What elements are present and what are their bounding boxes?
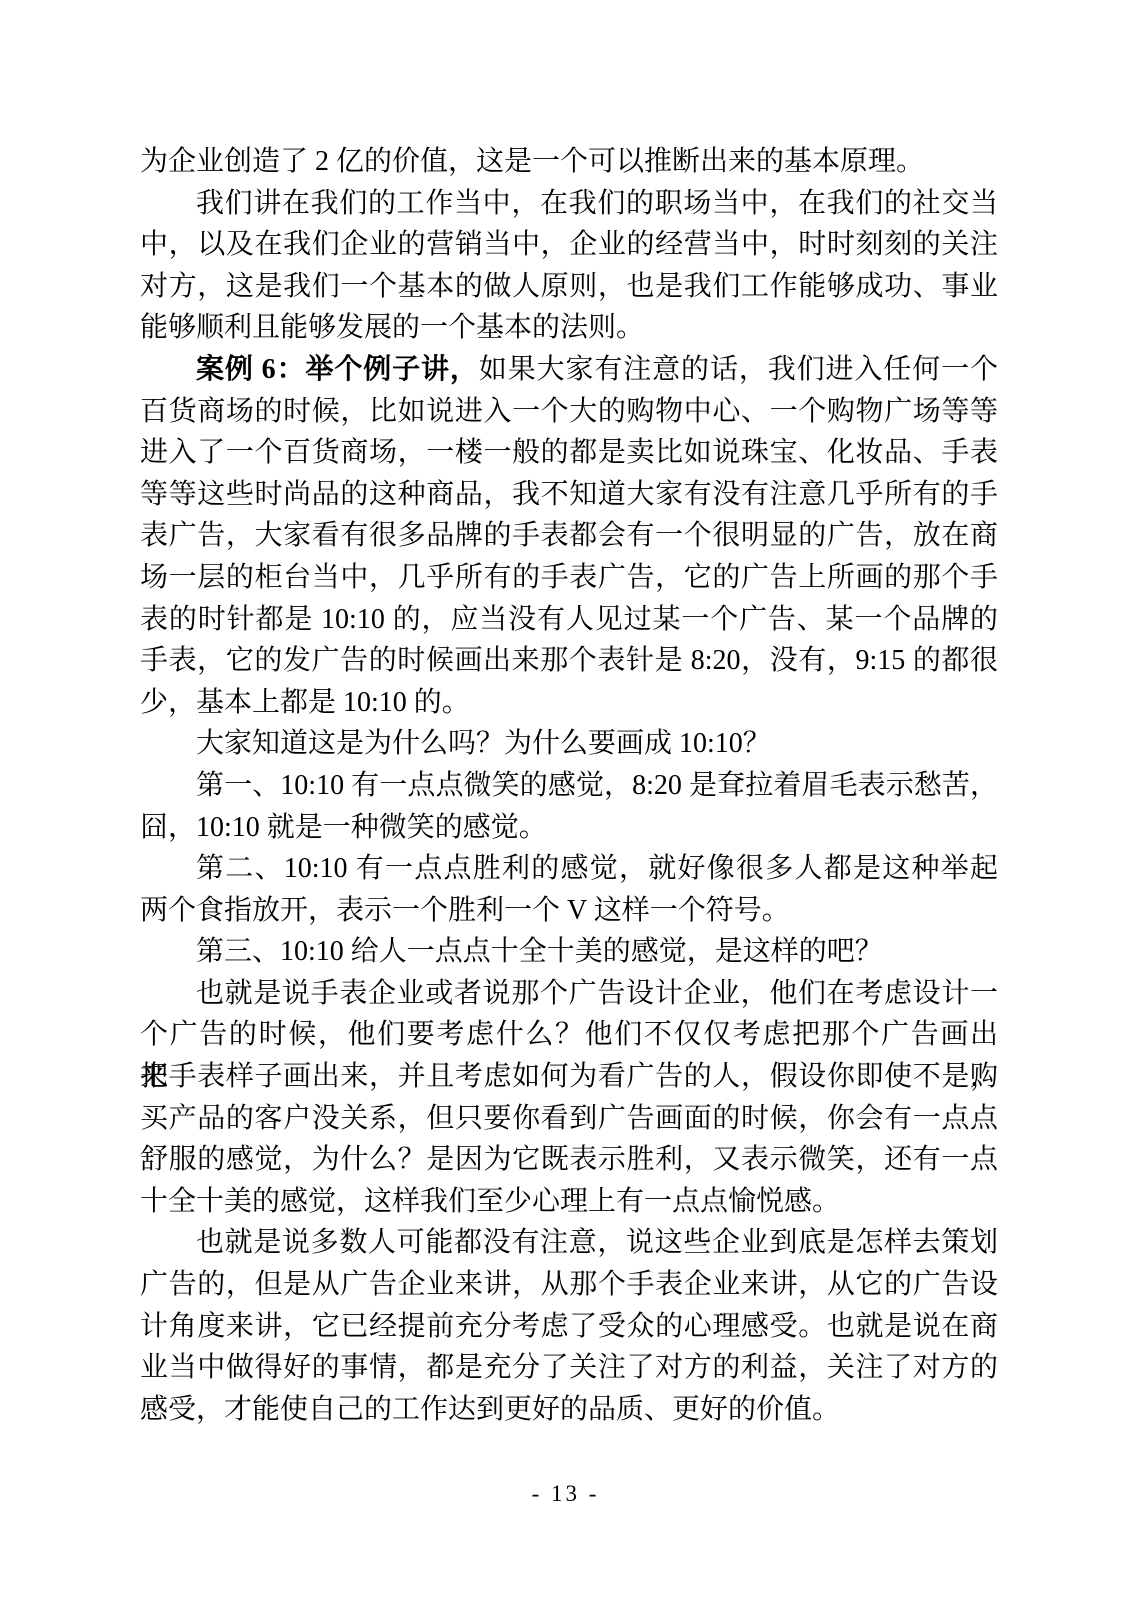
text-line: 表广告，大家看有很多品牌的手表都会有一个很明显的广告，放在商: [140, 515, 998, 557]
body-text: 我们讲在我们的工作当中，在我们的职场当中，在我们的社交当: [196, 188, 998, 219]
text-line: 为企业创造了 2 亿的价值，这是一个可以推断出来的基本原理。: [140, 141, 998, 183]
text-line: 能够顺利且能够发展的一个基本的法则。: [140, 307, 998, 349]
body-text: 舒服的感觉，为什么？是因为它既表示胜利，又表示微笑，还有一点: [140, 1144, 998, 1175]
body-text: 也就是说多数人可能都没有注意，说这些企业到底是怎样去策划: [196, 1227, 998, 1258]
body-text: 业当中做得好的事情，都是充分了关注了对方的利益，关注了对方的: [140, 1352, 998, 1383]
body-text: 表的时针都是 10:10 的，应当没有人见过某一个广告、某一个品牌的: [140, 604, 998, 635]
body-text: 大家知道这是为什么吗？为什么要画成 10:10？: [196, 728, 771, 759]
text-line: 也就是说手表企业或者说那个广告设计企业，他们在考虑设计一: [140, 973, 998, 1015]
body-text: 十全十美的感觉，这样我们至少心理上有一点点愉悦感。: [140, 1186, 840, 1217]
text-line: 第二、10:10 有一点点胜利的感觉，就好像很多人都是这种举起: [140, 848, 998, 890]
text-line: 十全十美的感觉，这样我们至少心理上有一点点愉悦感。: [140, 1181, 998, 1223]
body-text: 感受，才能使自己的工作达到更好的品质、更好的价值。: [140, 1394, 840, 1425]
text-line: 把手表样子画出来，并且考虑如何为看广告的人，假设你即使不是购: [140, 1056, 998, 1098]
body-text: 把手表样子画出来，并且考虑如何为看广告的人，假设你即使不是购: [140, 1061, 998, 1092]
page-number: - 13 -: [0, 1481, 1131, 1507]
text-line: 第一、10:10 有一点点微笑的感觉，8:20 是耷拉着眉毛表示愁苦，: [140, 765, 998, 807]
text-line: 场一层的柜台当中，几乎所有的手表广告，它的广告上所画的那个手: [140, 557, 998, 599]
body-text: 表广告，大家看有很多品牌的手表都会有一个很明显的广告，放在商: [140, 520, 998, 551]
body-text: 进入了一个百货商场，一楼一般的都是卖比如说珠宝、化妆品、手表: [140, 437, 998, 468]
text-line: 我们讲在我们的工作当中，在我们的职场当中，在我们的社交当: [140, 183, 998, 225]
text-line: 大家知道这是为什么吗？为什么要画成 10:10？: [140, 723, 998, 765]
body-text: 计角度来讲，它已经提前充分考虑了受众的心理感受。也就是说在商: [140, 1311, 998, 1342]
body-text: 对方，这是我们一个基本的做人原则，也是我们工作能够成功、事业: [140, 271, 998, 302]
body-text: 少，基本上都是 10:10 的。: [140, 687, 470, 718]
text-line: 百货商场的时候，比如说进入一个大的购物中心、一个购物广场等等: [140, 391, 998, 433]
body-text: 等等这些时尚品的这种商品，我不知道大家有没有注意几乎所有的手: [140, 479, 998, 510]
text-line: 少，基本上都是 10:10 的。: [140, 682, 998, 724]
body-text: 广告的，但是从广告企业来讲，从那个手表企业来讲，从它的广告设: [140, 1269, 998, 1300]
text-line: 业当中做得好的事情，都是充分了关注了对方的利益，关注了对方的: [140, 1347, 998, 1389]
text-line: 感受，才能使自己的工作达到更好的品质、更好的价值。: [140, 1389, 998, 1431]
text-line: 中，以及在我们企业的营销当中，企业的经营当中，时时刻刻的关注: [140, 224, 998, 266]
body-text: 买产品的客户没关系，但只要你看到广告画面的时候，你会有一点点: [140, 1103, 998, 1134]
text-line: 案例 6：举个例子讲，如果大家有注意的话，我们进入任何一个: [140, 349, 998, 391]
body-text: 两个食指放开，表示一个胜利一个 V 这样一个符号。: [140, 895, 790, 926]
text-line: 进入了一个百货商场，一楼一般的都是卖比如说珠宝、化妆品、手表: [140, 432, 998, 474]
text-line: 两个食指放开，表示一个胜利一个 V 这样一个符号。: [140, 890, 998, 932]
text-line: 舒服的感觉，为什么？是因为它既表示胜利，又表示微笑，还有一点: [140, 1139, 998, 1181]
text-line: 买产品的客户没关系，但只要你看到广告画面的时候，你会有一点点: [140, 1098, 998, 1140]
body-text: 第三、10:10 给人一点点十全十美的感觉，是这样的吧？: [196, 936, 883, 967]
body-text: 第二、10:10 有一点点胜利的感觉，就好像很多人都是这种举起: [196, 853, 998, 884]
text-line: 手表，它的发广告的时候画出来那个表针是 8:20，没有，9:15 的都很: [140, 640, 998, 682]
body-text: 手表，它的发广告的时候画出来那个表针是 8:20，没有，9:15 的都很: [140, 645, 998, 676]
bold-text: 案例 6：举个例子讲，: [196, 354, 479, 385]
text-line: 囧，10:10 就是一种微笑的感觉。: [140, 807, 998, 849]
body-text: 第一、10:10 有一点点微笑的感觉，8:20 是耷拉着眉毛表示愁苦，: [196, 770, 998, 801]
document-body: 为企业创造了 2 亿的价值，这是一个可以推断出来的基本原理。我们讲在我们的工作当…: [140, 141, 998, 1430]
body-text: 囧，10:10 就是一种微笑的感觉。: [140, 812, 547, 843]
body-text: 场一层的柜台当中，几乎所有的手表广告，它的广告上所画的那个手: [140, 562, 998, 593]
text-line: 第三、10:10 给人一点点十全十美的感觉，是这样的吧？: [140, 931, 998, 973]
text-line: 对方，这是我们一个基本的做人原则，也是我们工作能够成功、事业: [140, 266, 998, 308]
text-line: 表的时针都是 10:10 的，应当没有人见过某一个广告、某一个品牌的: [140, 599, 998, 641]
body-text: 为企业创造了 2 亿的价值，这是一个可以推断出来的基本原理。: [140, 146, 924, 177]
text-line: 等等这些时尚品的这种商品，我不知道大家有没有注意几乎所有的手: [140, 474, 998, 516]
body-text: 也就是说手表企业或者说那个广告设计企业，他们在考虑设计一: [196, 978, 998, 1009]
text-line: 广告的，但是从广告企业来讲，从那个手表企业来讲，从它的广告设: [140, 1264, 998, 1306]
body-text: 如果大家有注意的话，我们进入任何一个: [479, 354, 998, 385]
body-text: 中，以及在我们企业的营销当中，企业的经营当中，时时刻刻的关注: [140, 229, 998, 260]
body-text: 能够顺利且能够发展的一个基本的法则。: [140, 312, 644, 343]
text-line: 也就是说多数人可能都没有注意，说这些企业到底是怎样去策划: [140, 1222, 998, 1264]
document-page: 为企业创造了 2 亿的价值，这是一个可以推断出来的基本原理。我们讲在我们的工作当…: [0, 0, 1131, 1600]
text-line: 计角度来讲，它已经提前充分考虑了受众的心理感受。也就是说在商: [140, 1306, 998, 1348]
body-text: 百货商场的时候，比如说进入一个大的购物中心、一个购物广场等等: [140, 396, 998, 427]
text-line: 个广告的时候，他们要考虑什么？他们不仅仅考虑把那个广告画出来，: [140, 1014, 998, 1056]
